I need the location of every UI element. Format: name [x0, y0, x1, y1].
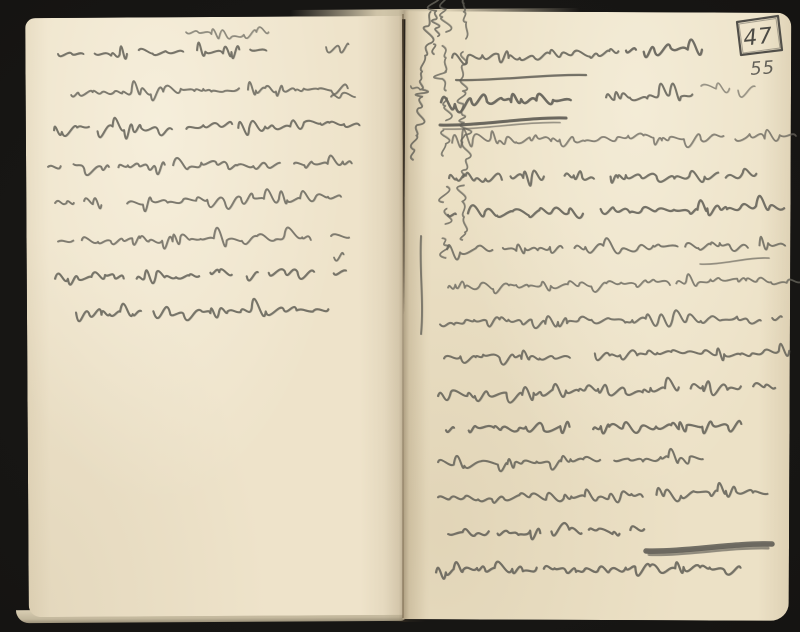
left-page [25, 16, 406, 617]
right-page [403, 11, 792, 621]
notebook-scan: 47 55 [0, 0, 800, 632]
